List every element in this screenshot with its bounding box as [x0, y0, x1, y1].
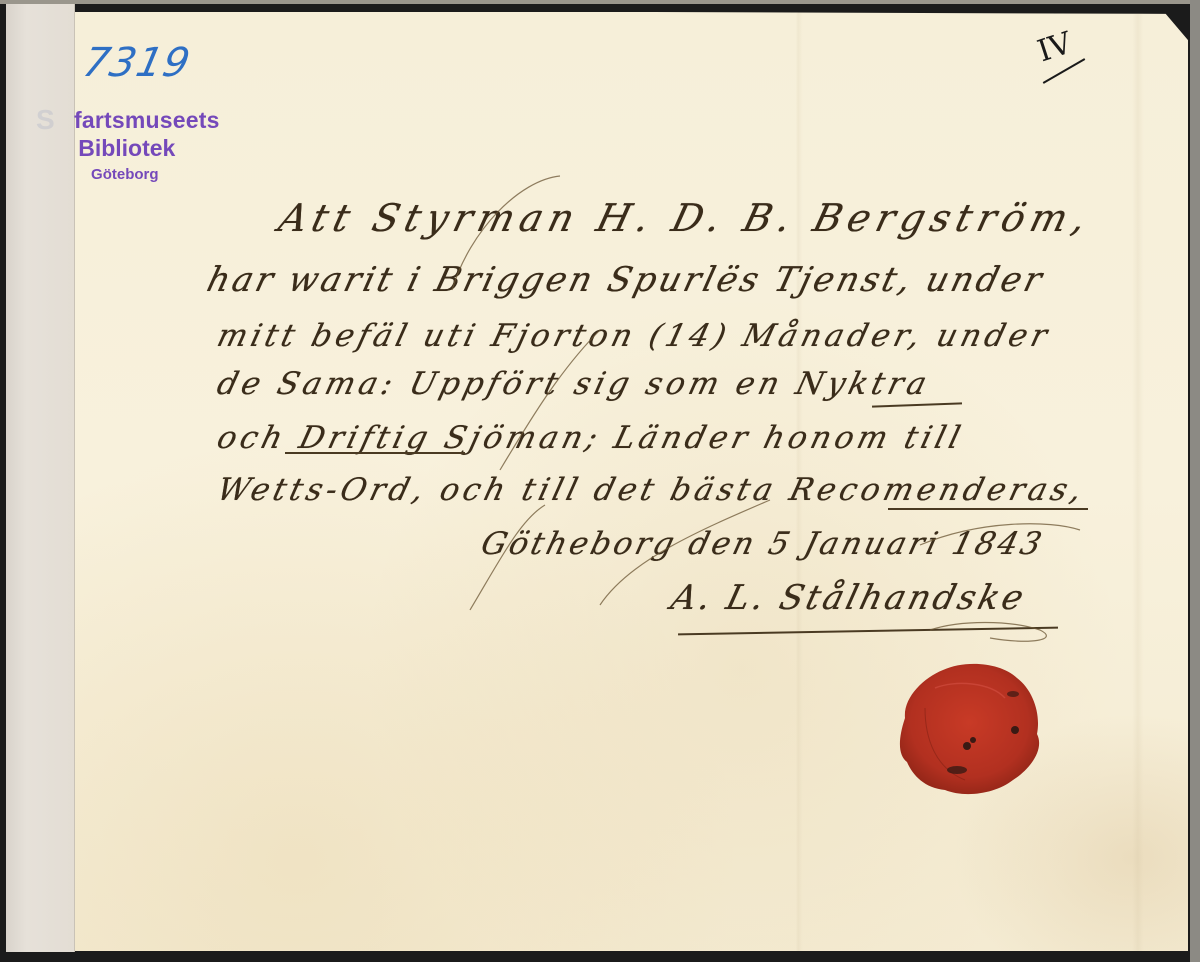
- date-line: Götheborg den 5 Januari 1843: [478, 526, 1049, 562]
- library-stamp: fartsmuseets Bibliotek Göteborg: [74, 106, 220, 188]
- body-line-3: mitt befäl uti Fjorton (14) Månader, und…: [214, 318, 1055, 354]
- scanner-edge-right: [1190, 0, 1200, 962]
- body-line-2: har warit i Briggen Spurlës Tjenst, unde…: [203, 260, 1049, 300]
- stamp-line-3: Göteborg: [30, 162, 220, 188]
- underline-recomenderas: [888, 508, 1088, 510]
- stamp-line-2: Bibliotek: [34, 134, 220, 162]
- body-line-5: och Driftig Sjöman; Länder honom till: [214, 420, 968, 456]
- stamp-line-1: fartsmuseets: [74, 106, 220, 134]
- body-line-6: Wetts-Ord, och till det bästa Recomender…: [214, 472, 1090, 508]
- catalog-number: 7319: [79, 40, 195, 86]
- wax-seal: [895, 658, 1045, 800]
- body-line-4: de Sama: Uppfört sig som en Nyktra: [214, 366, 935, 402]
- scanned-document: S 7319 fartsmuseets Bibliotek Göteborg I…: [0, 0, 1200, 962]
- body-line-1: Att Styrman H. D. B. Bergström,: [275, 196, 1097, 240]
- underline-driftig: [285, 452, 465, 454]
- signature: A. L. Stålhandske: [667, 578, 1030, 618]
- scanner-edge-top: [0, 0, 1200, 4]
- tape-ghost-text: S: [36, 104, 55, 136]
